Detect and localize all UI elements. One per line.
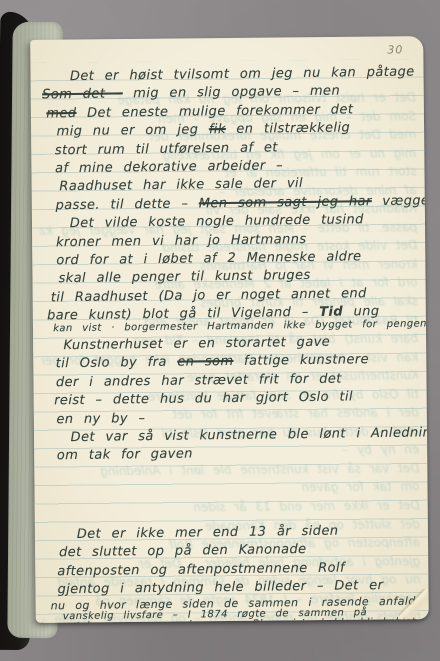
- manuscript-line: om tak for gaven: [57, 443, 428, 466]
- corner-crease: [399, 589, 429, 619]
- notebook-page: Det er høist tvilsomt om jeg nu kan påta…: [30, 36, 429, 623]
- notebook-photograph: Det er høist tvilsomt om jeg nu kan påta…: [0, 0, 440, 661]
- corner-cut: [405, 36, 429, 54]
- manuscript-block: Det er ikke mer end 13 år sidendet slutt…: [35, 521, 429, 622]
- manuscript: Det er høist tvilsomt om jeg nu kan påta…: [30, 36, 429, 623]
- manuscript-block: Det er høist tvilsomt om jeg nu kan påta…: [30, 63, 428, 466]
